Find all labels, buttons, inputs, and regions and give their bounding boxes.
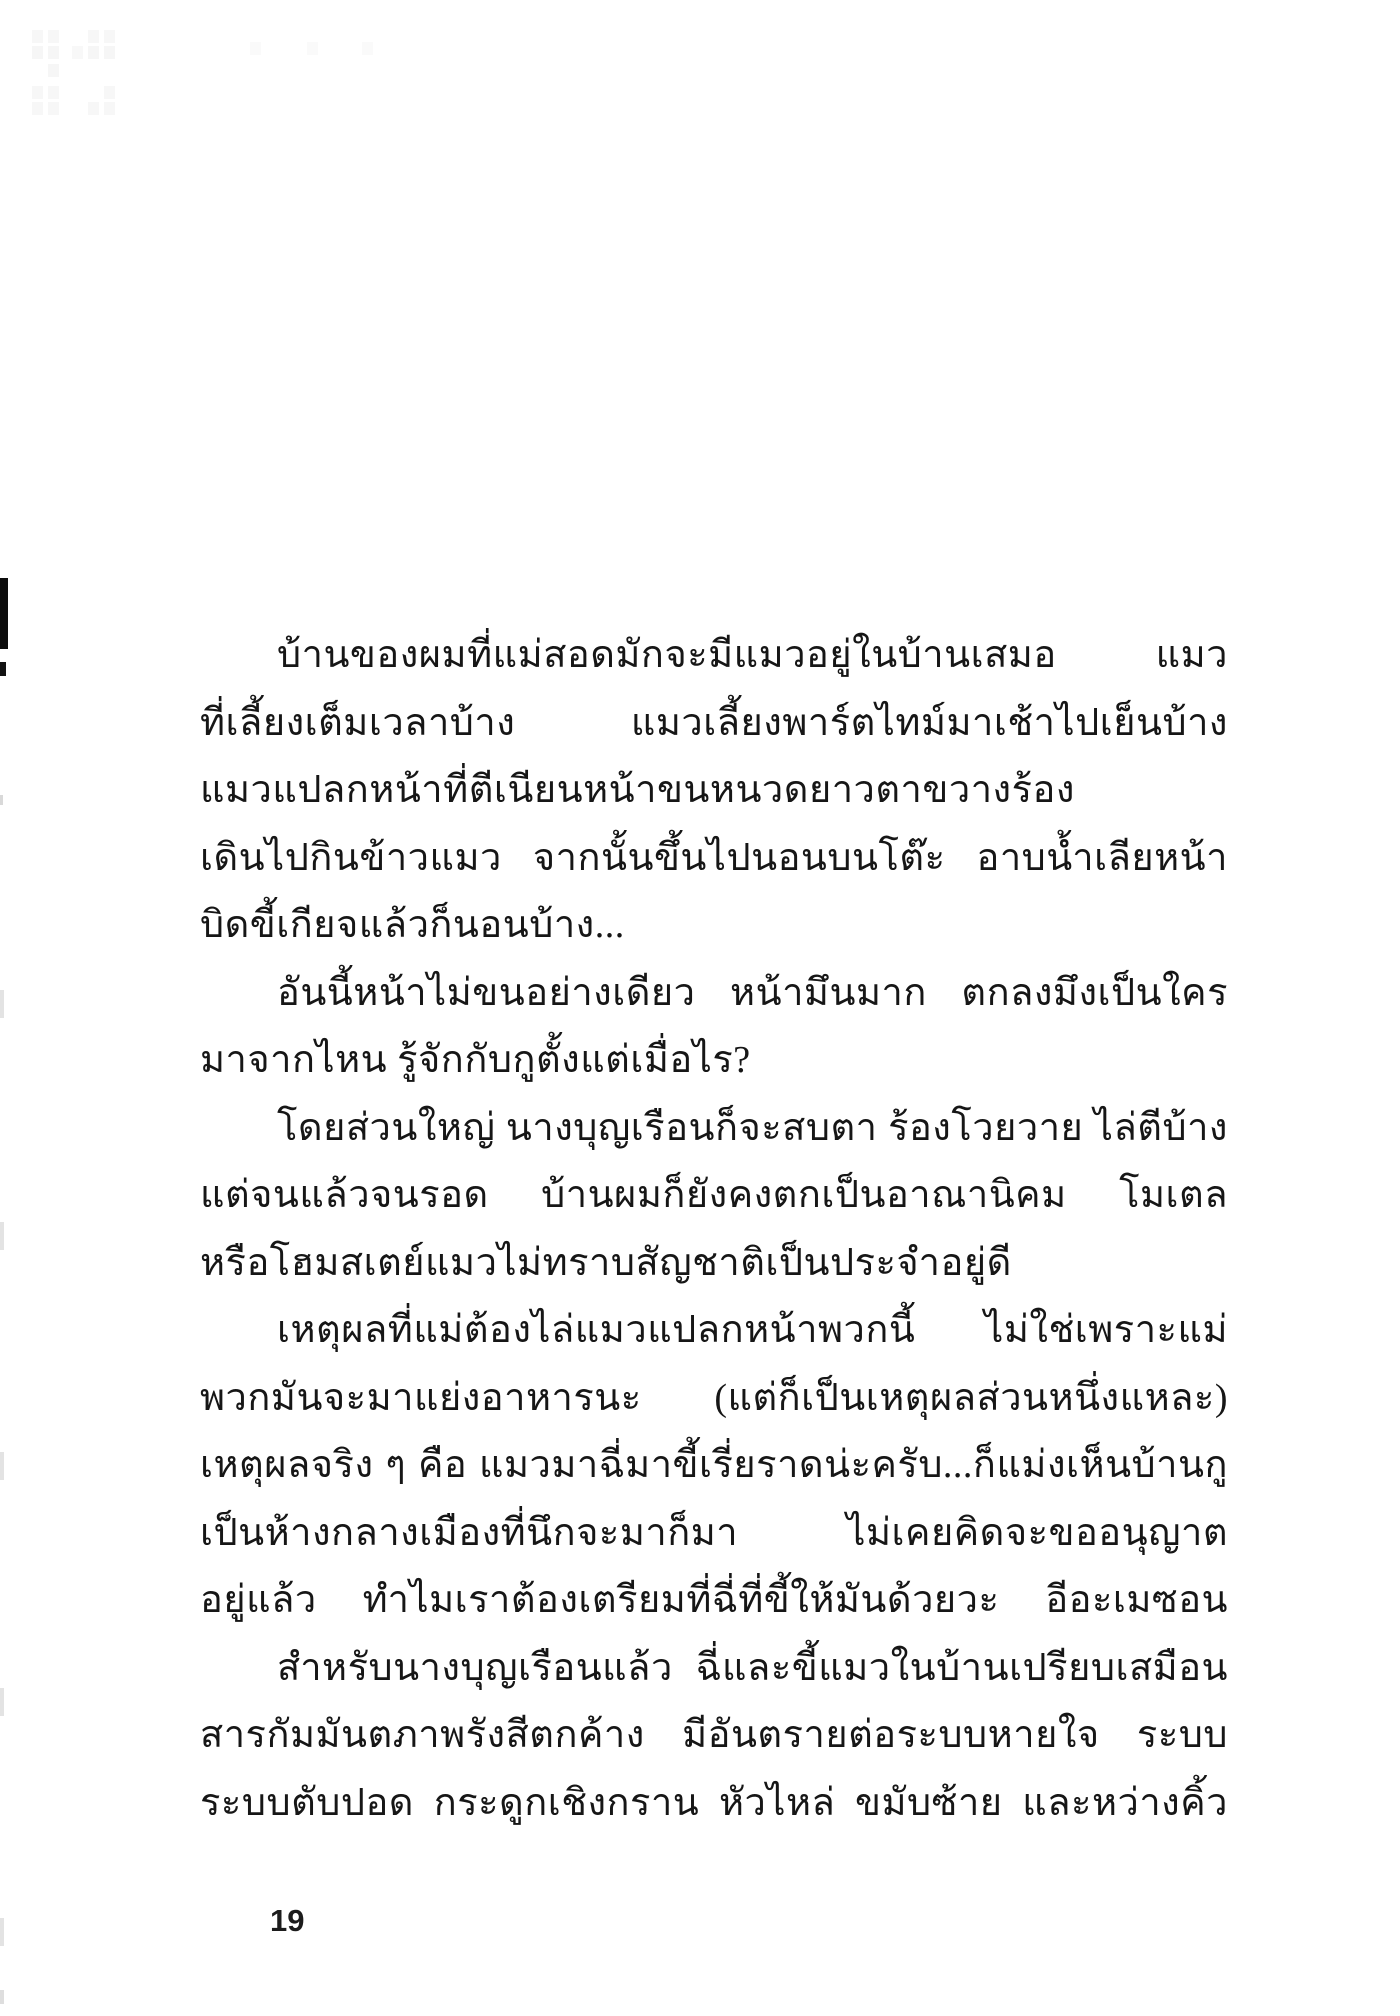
text-line: ที่เลี้ยงเต็มเวลาบ้าง แมวเลี้ยงพาร์ตไทม์… [200,690,1228,758]
text-line: แมวแปลกหน้าที่ตีเนียนหน้าขนหนวดยาวตาขวาง… [200,757,1228,825]
left-edge-black-chip [0,662,6,676]
body-text: บ้านของผมที่แม่สอดมักจะมีแมวอยู่ในบ้านเส… [200,622,1228,1837]
book-page: บ้านของผมที่แม่สอดมักจะมีแมวอยู่ในบ้านเส… [0,0,1400,2016]
left-edge-faint-mark [0,1918,4,1946]
left-edge-faint-mark [0,1452,4,1480]
text-line: ระบบตับปอด กระดูกเชิงกราน หัวไหล่ ขมับซ้… [200,1770,1228,1838]
text-line: เหตุผลจริง ๆ คือ แมวมาฉี่มาขี้เรี่ยราดน่… [200,1432,1228,1500]
left-edge-faint-mark [0,795,3,805]
text-line: แต่จนแล้วจนรอด บ้านผมก็ยังคงตกเป็นอาณานิ… [200,1162,1228,1230]
text-line: บ้านของผมที่แม่สอดมักจะมีแมวอยู่ในบ้านเส… [200,622,1228,690]
text-line: เดินไปกินข้าวแมว จากนั้นขึ้นไปนอนบนโต๊ะ … [200,825,1228,893]
text-line: เหตุผลที่แม่ต้องไล่แมวแปลกหน้าพวกนี้ ไม่… [200,1297,1228,1365]
left-edge-black-bar [0,578,8,649]
text-line: สำหรับนางบุญเรือนแล้ว ฉี่และขี้แมวในบ้าน… [200,1635,1228,1703]
text-line: โดยส่วนใหญ่ นางบุญเรือนก็จะสบตา ร้องโวยว… [200,1095,1228,1163]
text-line: บิดขี้เกียจแล้วก็นอนบ้าง... [200,892,1228,960]
text-line: อันนี้หน้าไม่ขนอย่างเดียว หน้ามึนมาก ตกล… [200,960,1228,1028]
text-line: มาจากไหน รู้จักกับกูตั้งแต่เมื่อไร? [200,1027,1228,1095]
left-edge-faint-mark [0,1688,4,1716]
text-line: เป็นห้างกลางเมืองที่นึกจะมาก็มา ไม่เคยคิ… [200,1500,1228,1568]
text-line: อยู่แล้ว ทำไมเราต้องเตรียมที่ฉี่ที่ขี้ให… [200,1567,1228,1635]
page-number: 19 [270,1903,304,1939]
bleed-through-marks [0,0,11,13]
left-edge-faint-mark [0,1990,4,2004]
text-line: หรือโฮมสเตย์แมวไม่ทราบสัญชาติเป็นประจำอย… [200,1230,1228,1298]
left-edge-faint-mark [0,990,4,1018]
text-line: สารกัมมันตภาพรังสีตกค้าง มีอันตรายต่อระบ… [200,1702,1228,1770]
left-edge-faint-mark [0,1222,4,1250]
text-line: พวกมันจะมาแย่งอาหารนะ (แต่ก็เป็นเหตุผลส่… [200,1365,1228,1433]
